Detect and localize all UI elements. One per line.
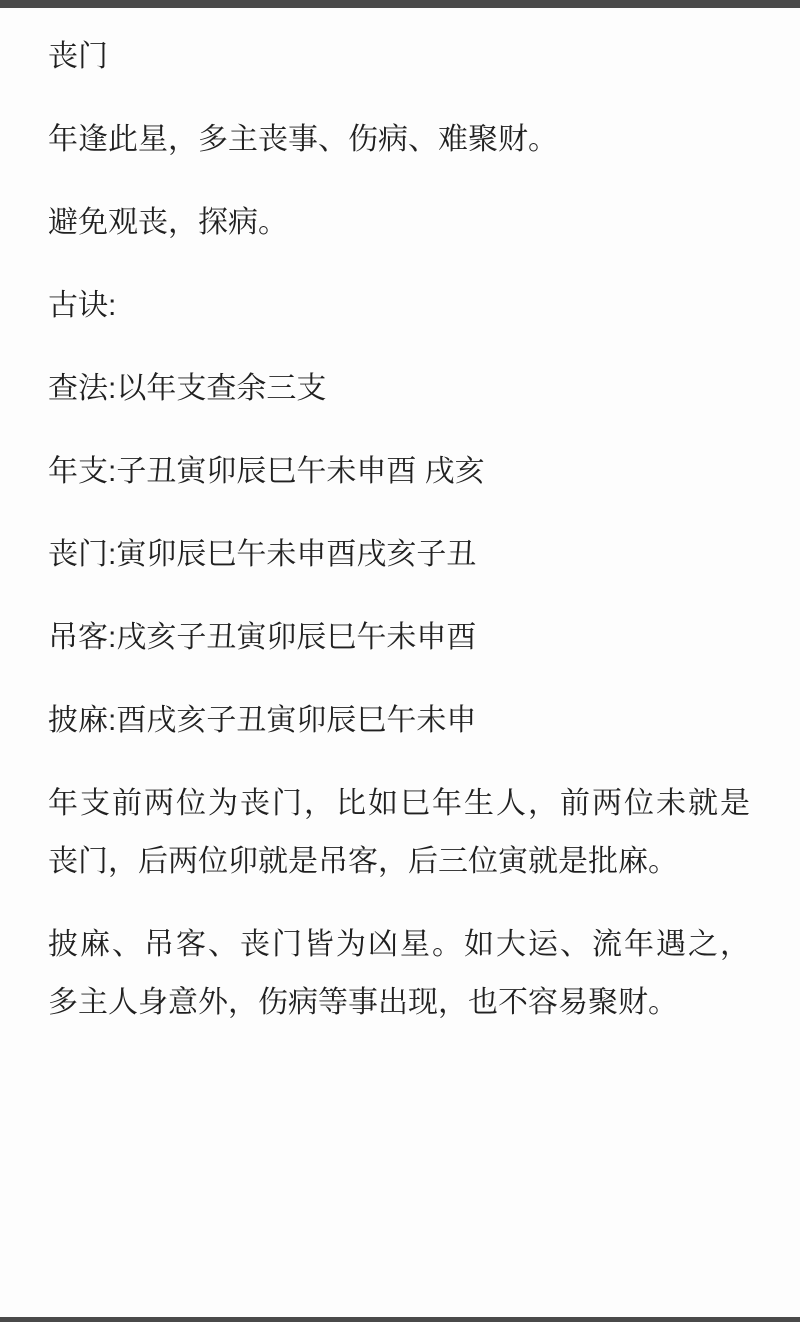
ancient-formula-label: 古诀:	[48, 277, 764, 335]
bottom-border-bar	[0, 1317, 800, 1322]
explanation-line-1: 年支前两位为丧门，比如巳年生人，前两位未就是	[48, 775, 764, 833]
star-effects-line: 年逢此星，多主丧事、伤病、难聚财。	[48, 111, 764, 169]
diaoke-row: 吊客:戌亥子丑寅卯辰巳午未申酉	[48, 609, 764, 667]
document-content: 丧门 年逢此星，多主丧事、伤病、难聚财。 避免观丧，探病。 古诀: 查法:以年支…	[0, 28, 800, 1032]
pima-row: 披麻:酉戌亥子丑寅卯辰巳午未申	[48, 692, 764, 750]
advice-line: 避免观丧，探病。	[48, 194, 764, 252]
page-title: 丧门	[48, 28, 764, 86]
explanation-line-2: 丧门，后两位卯就是吊客，后三位寅就是批麻。	[48, 833, 764, 891]
warning-line-2: 多主人身意外，伤病等事出现，也不容易聚财。	[48, 974, 764, 1032]
sangmen-row: 丧门:寅卯辰巳午未申酉戌亥子丑	[48, 526, 764, 584]
warning-line-1: 披麻、吊客、丧门皆为凶星。如大运、流年遇之，	[48, 916, 764, 974]
lookup-method-line: 查法:以年支查余三支	[48, 360, 764, 418]
document-page: 丧门 年逢此星，多主丧事、伤病、难聚财。 避免观丧，探病。 古诀: 查法:以年支…	[0, 0, 800, 1032]
year-branch-row: 年支:子丑寅卯辰巳午未申酉 戌亥	[48, 443, 764, 501]
top-border-bar	[0, 0, 800, 8]
